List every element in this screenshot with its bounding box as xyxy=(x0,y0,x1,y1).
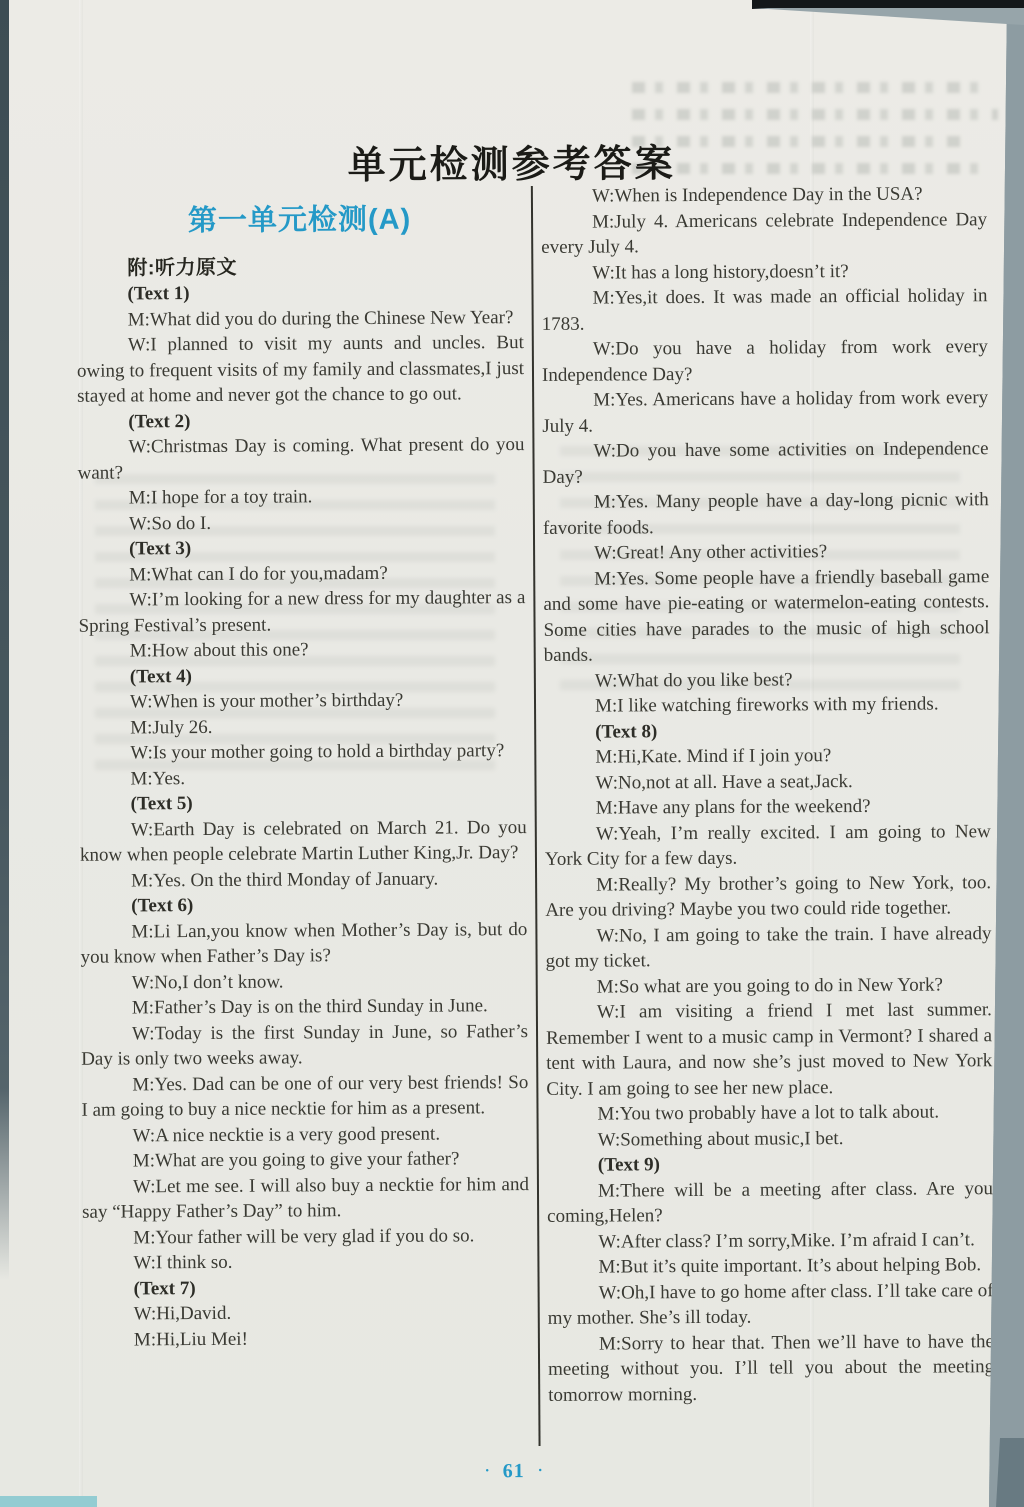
text-section-label: (Text 2) xyxy=(77,407,524,435)
dialogue-line: M:Your father will be very glad if you d… xyxy=(82,1223,529,1251)
text-section-label: (Text 7) xyxy=(83,1274,530,1302)
dialogue-line: W:A nice necktie is a very good present. xyxy=(82,1121,529,1149)
scan-edge-top-black xyxy=(752,0,1024,9)
footer-dot-right: · xyxy=(538,1460,543,1482)
dialogue-line: W:No,I don’t know. xyxy=(81,968,528,996)
dialogue-line: M:Yes. Americans have a holiday from wor… xyxy=(542,385,988,439)
footer-dot-left: · xyxy=(485,1460,490,1482)
dialogue-line: W:After class? I’m sorry,Mike. I’m afrai… xyxy=(547,1227,993,1255)
dialogue-line: W:Earth Day is celebrated on March 21. D… xyxy=(80,815,527,869)
dialogue-line: M:What can I do for you,madam? xyxy=(78,560,525,588)
dialogue-line: M:Sorry to hear that. Then we’ll have to… xyxy=(548,1329,994,1408)
dialogue-line: M:So what are you going to do in New Yor… xyxy=(546,972,992,1000)
dialogue-line: M:I hope for a toy train. xyxy=(78,483,525,511)
dialogue-line: M:You two probably have a lot to talk ab… xyxy=(546,1099,992,1127)
scan-edge-left xyxy=(0,0,9,1280)
text-section-label: (Text 5) xyxy=(80,789,527,817)
page-content: 单元检测参考答案 第一单元检测(A) 附:听力原文 (Text 1)M:What… xyxy=(0,0,1024,1507)
dialogue-line: W:I planned to visit my aunts and uncles… xyxy=(77,330,524,409)
text-section-label: (Text 4) xyxy=(79,662,526,690)
listening-script-heading: 附:听力原文 xyxy=(76,253,523,282)
dialogue-line: M:Have any plans for the weekend? xyxy=(545,793,991,821)
dialogue-line: W:It has a long history,doesn’t it? xyxy=(541,258,987,286)
dialogue-line: W:When is Independence Day in the USA? xyxy=(541,181,987,209)
text-section-label: (Text 8) xyxy=(544,717,990,745)
dialogue-line: M:What did you do during the Chinese New… xyxy=(77,305,524,333)
dialogue-line: M:What are you going to give your father… xyxy=(82,1146,529,1174)
dialogue-line: M:Yes,it does. It was made an official h… xyxy=(541,283,987,337)
dialogue-line: M:Yes. Many people have a day-long picni… xyxy=(543,487,989,541)
page-number: 61 xyxy=(503,1460,525,1482)
dialogue-line: M:Yes. Dad can be one of our very best f… xyxy=(81,1070,528,1124)
dialogue-line: W:What do you like best? xyxy=(544,666,990,694)
right-column: W:When is Independence Day in the USA?M:… xyxy=(541,181,994,1408)
dialogue-line: M:Yes. xyxy=(79,764,526,792)
dialogue-line: W:Great! Any other activities? xyxy=(543,538,989,566)
dialogue-line: W:Let me see. I will also buy a necktie … xyxy=(82,1172,529,1226)
column-divider xyxy=(531,186,541,1446)
dialogue-line: M:Hi,Kate. Mind if I join you? xyxy=(544,742,990,770)
dialogue-line: W:Yeah, I’m really excited. I am going t… xyxy=(545,819,991,873)
section-heading: 第一单元检测(A) xyxy=(76,196,523,240)
text-section-label: (Text 1) xyxy=(76,279,523,307)
dialogue-line: M:There will be a meeting after class. A… xyxy=(547,1176,993,1230)
dialogue-line: M:Li Lan,you know when Mother’s Day is, … xyxy=(80,917,527,971)
dialogue-line: W:I am visiting a friend I met last summ… xyxy=(546,997,993,1102)
dialogue-line: W:Hi,David. xyxy=(83,1299,530,1327)
dialogue-line: M:But it’s quite important. It’s about h… xyxy=(547,1252,993,1280)
dialogue-line: W:No,not at all. Have a seat,Jack. xyxy=(544,768,990,796)
dialogue-line: M:Hi,Liu Mei! xyxy=(83,1325,530,1353)
text-section-label: (Text 6) xyxy=(80,891,527,919)
scan-edge-bottom-teal xyxy=(0,1496,97,1507)
dialogue-line: M:Really? My brother’s going to New York… xyxy=(545,870,991,924)
dialogue-line: W:No, I am going to take the train. I ha… xyxy=(545,921,991,975)
dialogue-line: M:I like watching fireworks with my frie… xyxy=(544,691,990,719)
text-section-label: (Text 9) xyxy=(547,1150,993,1178)
dialogue-line: W:Christmas Day is coming. What present … xyxy=(77,432,524,486)
left-column: 第一单元检测(A) 附:听力原文 (Text 1)M:What did you … xyxy=(76,196,530,1353)
dialogue-line: M:Father’s Day is on the third Sunday in… xyxy=(81,993,528,1021)
dialogue-line: W:Something about music,I bet. xyxy=(547,1125,993,1153)
dialogue-line: W:When is your mother’s birthday? xyxy=(79,687,526,715)
dialogue-line: W:I think so. xyxy=(82,1248,529,1276)
dialogue-line: M:Yes. Some people have a friendly baseb… xyxy=(543,564,990,669)
dialogue-line: M:How about this one? xyxy=(79,636,526,664)
page-footer: · 61 · xyxy=(485,1460,543,1482)
text-section-label: (Text 3) xyxy=(78,534,525,562)
scanned-book-page: { "page": { "title": "单元检测参考答案", "page_n… xyxy=(0,0,1024,1507)
dialogue-line: W:Do you have a holiday from work every … xyxy=(542,334,988,388)
dialogue-line: W:I’m looking for a new dress for my dau… xyxy=(78,585,525,639)
dialogue-line: W:Is your mother going to hold a birthda… xyxy=(79,738,526,766)
dialogue-line: M:July 4. Americans celebrate Independen… xyxy=(541,207,987,261)
dialogue-line: M:July 26. xyxy=(79,713,526,741)
dialogue-line: M:Yes. On the third Monday of January. xyxy=(80,866,527,894)
dialogue-line: W:So do I. xyxy=(78,509,525,537)
left-column-transcript: (Text 1)M:What did you do during the Chi… xyxy=(76,279,530,1353)
dialogue-line: W:Today is the first Sunday in June, so … xyxy=(81,1019,528,1073)
right-column-transcript: W:When is Independence Day in the USA?M:… xyxy=(541,181,994,1408)
dialogue-line: W:Do you have some activities on Indepen… xyxy=(542,436,988,490)
dialogue-line: W:Oh,I have to go home after class. I’ll… xyxy=(548,1278,994,1332)
